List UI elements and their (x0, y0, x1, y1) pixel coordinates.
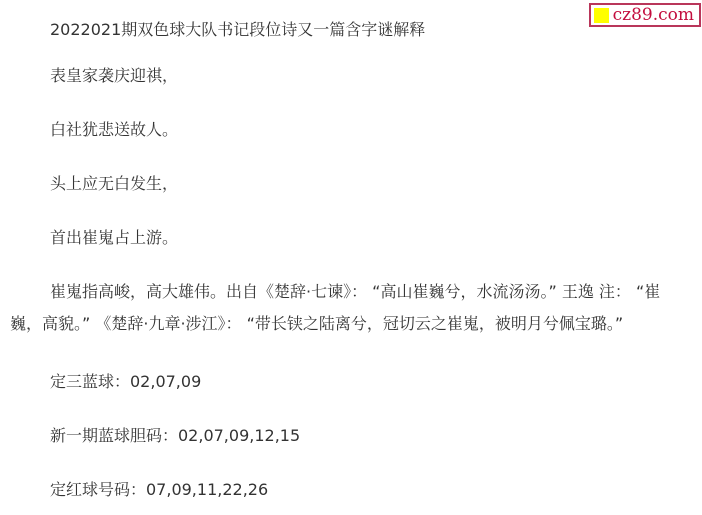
prediction-red-numbers: 定红球号码：07,09,11,22,26 (10, 474, 692, 506)
poem-line-2: 白社犹悲送故人。 (10, 114, 692, 146)
yellow-square-icon (594, 8, 609, 23)
poem-line-3: 头上应无白发生， (10, 168, 692, 200)
site-logo[interactable]: cz89.com (589, 3, 701, 27)
poem-line-1: 表皇家袭庆迎祺， (10, 60, 692, 92)
article-page: cz89.com 2022021期双色球大队书记段位诗又一篇含字谜解释 表皇家袭… (0, 0, 702, 515)
poem-line-4: 首出崔嵬占上游。 (10, 222, 692, 254)
prediction-blue-three: 定三蓝球：02,07,09 (10, 366, 692, 398)
prediction-blue-dan-codes: 新一期蓝球胆码：02,07,09,12,15 (10, 420, 692, 452)
logo-text: cz89.com (613, 6, 694, 24)
riddle-explanation: 崔嵬指高峻，高大雄伟。出自《楚辞·七谏》： “高山崔巍兮，水流汤汤。” 王逸 注… (10, 276, 692, 340)
